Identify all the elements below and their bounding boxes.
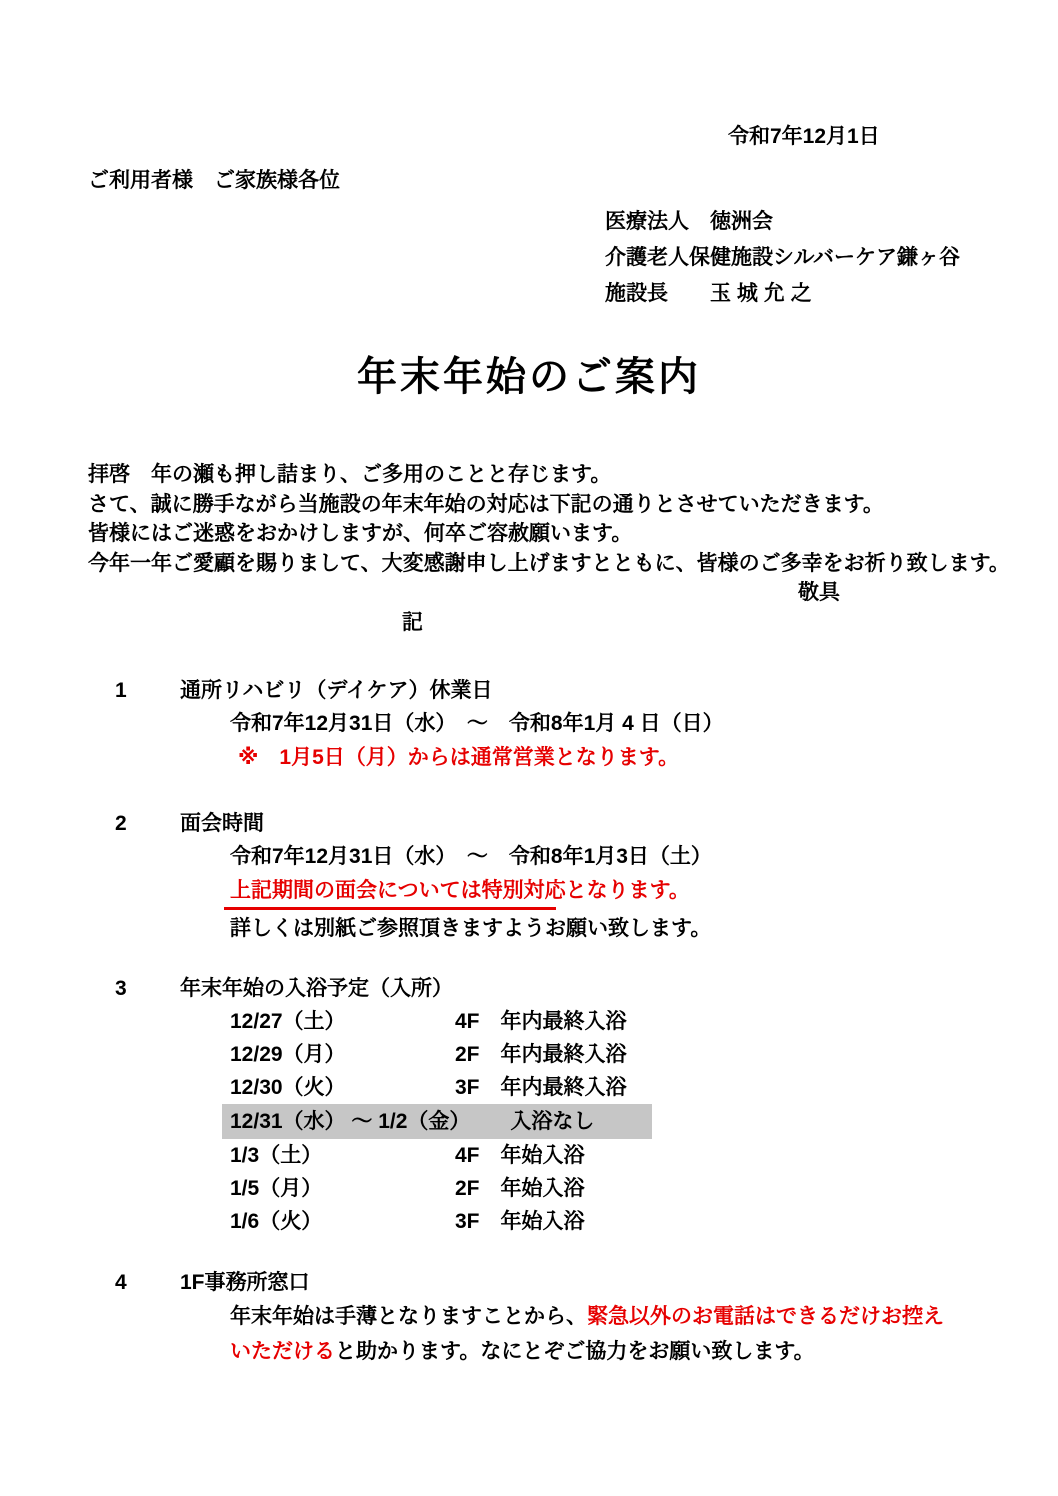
bath-date: 1/5（月）: [230, 1172, 455, 1205]
bath-schedule-row: 12/30（火）3F 年内最終入浴: [0, 1071, 1058, 1104]
section-1-period: 令和7年12月31日（水） ～ 令和8年1月 4 日（日）: [0, 707, 1058, 741]
bath-schedule-row: 12/29（月）2F 年内最終入浴: [0, 1038, 1058, 1071]
section-2-notice-red: 上記期間の面会については特別対応となります。: [230, 879, 690, 902]
bath-info: 入浴なし: [510, 1110, 594, 1133]
section-4-line1-red: 緊急以外のお電話はできるだけお控え: [587, 1305, 944, 1328]
greeting-line-3: 皆様にはご迷惑をおかけしますが、何卒ご容赦願います。: [88, 519, 1058, 549]
greeting-line-1: 拝啓 年の瀬も押し詰まり、ご多用のことと存じます。: [88, 460, 1058, 490]
sender-organization: 医療法人 徳洲会: [605, 204, 1058, 240]
bath-info: 2F 年内最終入浴: [455, 1043, 627, 1066]
record-mark: 記: [0, 608, 1058, 638]
bath-date: 12/29（月）: [230, 1038, 455, 1071]
bath-date: 1/6（火）: [230, 1205, 455, 1238]
bath-schedule-row: 1/6（火）3F 年始入浴: [0, 1205, 1058, 1238]
section-4-line1-black: 年末年始は手薄となりますことから、: [230, 1305, 587, 1328]
section-2-detail: 詳しくは別紙ご参照頂きますようお願い致します。: [0, 912, 1058, 946]
sender-block: 医療法人 徳洲会 介護老人保健施設シルバーケア鎌ヶ谷 施設長 玉 城 允 之: [0, 204, 1058, 312]
bath-schedule-row: 1/3（土）4F 年始入浴: [0, 1139, 1058, 1172]
section-2-period: 令和7年12月31日（水） ～ 令和8年1月3日（土）: [0, 840, 1058, 874]
section-4-line2-red: いただける: [230, 1340, 335, 1363]
section-3-title: 年末年始の入浴予定（入所）: [180, 977, 453, 1000]
sender-director-name: 施設長 玉 城 允 之: [605, 276, 1058, 312]
bath-schedule-list: 12/27（土）4F 年内最終入浴 12/29（月）2F 年内最終入浴 12/3…: [0, 1005, 1058, 1238]
bath-schedule-row-no-bath-highlighted: 12/31（水） ～ 1/2（金）入浴なし: [0, 1104, 1058, 1139]
section-2-heading: 2面会時間: [0, 807, 1058, 840]
red-underline: [224, 907, 556, 910]
section-office-window: 41F事務所窓口 年末年始は手薄となりますことから、緊急以外のお電話はできるだけ…: [0, 1266, 1058, 1369]
section-visiting-hours: 2面会時間 令和7年12月31日（水） ～ 令和8年1月3日（土） 上記期間の面…: [0, 807, 1058, 946]
section-3-heading: 3年末年始の入浴予定（入所）: [0, 972, 1058, 1005]
section-4-line2-black: と助かります。なにとぞご協力をお願い致します。: [335, 1340, 815, 1363]
bath-info: 4F 年始入浴: [455, 1144, 585, 1167]
bath-date: 12/27（土）: [230, 1005, 455, 1038]
greeting-line-4: 今年一年ご愛顧を賜りまして、大変感謝申し上げますとともに、皆様のご多幸をお祈り致…: [88, 549, 1058, 579]
section-4-number: 4: [115, 1266, 180, 1299]
section-4-title: 1F事務所窓口: [180, 1271, 310, 1294]
bath-date: 12/31（水） ～ 1/2（金）: [230, 1105, 470, 1138]
section-4-line-1: 年末年始は手薄となりますことから、緊急以外のお電話はできるだけお控え: [0, 1299, 1058, 1334]
notice-document-page: 令和7年12月1日 ご利用者様 ご家族様各位 医療法人 徳洲会 介護老人保健施設…: [0, 0, 1058, 1496]
document-date: 令和7年12月1日: [0, 122, 1058, 152]
bath-date: 1/3（土）: [230, 1139, 455, 1172]
section-daycare-holiday: 1通所リハビリ（デイケア）休業日 令和7年12月31日（水） ～ 令和8年1月 …: [0, 674, 1058, 775]
section-1-number: 1: [115, 674, 180, 707]
bath-date: 12/30（火）: [230, 1071, 455, 1104]
greeting-paragraph: 拝啓 年の瀬も押し詰まり、ご多用のことと存じます。 さて、誠に勝手ながら当施設の…: [0, 460, 1058, 578]
bath-info: 3F 年内最終入浴: [455, 1076, 627, 1099]
section-2-notice-line: 上記期間の面会については特別対応となります。: [0, 874, 1058, 908]
section-4-line-2: いただけると助かります。なにとぞご協力をお願い致します。: [0, 1334, 1058, 1369]
sender-facility-name: 介護老人保健施設シルバーケア鎌ヶ谷: [605, 240, 1058, 276]
section-2-number: 2: [115, 807, 180, 840]
section-1-note-red: ※ 1月5日（月）からは通常営業となります。: [0, 741, 1058, 775]
section-2-title: 面会時間: [180, 812, 264, 835]
closing-keigu: 敬具: [0, 578, 1058, 608]
bath-info: 2F 年始入浴: [455, 1177, 585, 1200]
bath-info: 4F 年内最終入浴: [455, 1010, 627, 1033]
addressee-line: ご利用者様 ご家族様各位: [0, 166, 1058, 196]
section-bath-schedule: 3年末年始の入浴予定（入所） 12/27（土）4F 年内最終入浴 12/29（月…: [0, 972, 1058, 1238]
bath-info: 3F 年始入浴: [455, 1210, 585, 1233]
section-4-heading: 41F事務所窓口: [0, 1266, 1058, 1299]
section-1-title: 通所リハビリ（デイケア）休業日: [180, 679, 492, 702]
document-title: 年末年始のご案内: [0, 350, 1058, 404]
greeting-line-2: さて、誠に勝手ながら当施設の年末年始の対応は下記の通りとさせていただきます。: [88, 490, 1058, 520]
section-3-number: 3: [115, 972, 180, 1005]
section-1-heading: 1通所リハビリ（デイケア）休業日: [0, 674, 1058, 707]
bath-schedule-row: 1/5（月）2F 年始入浴: [0, 1172, 1058, 1205]
bath-schedule-row: 12/27（土）4F 年内最終入浴: [0, 1005, 1058, 1038]
